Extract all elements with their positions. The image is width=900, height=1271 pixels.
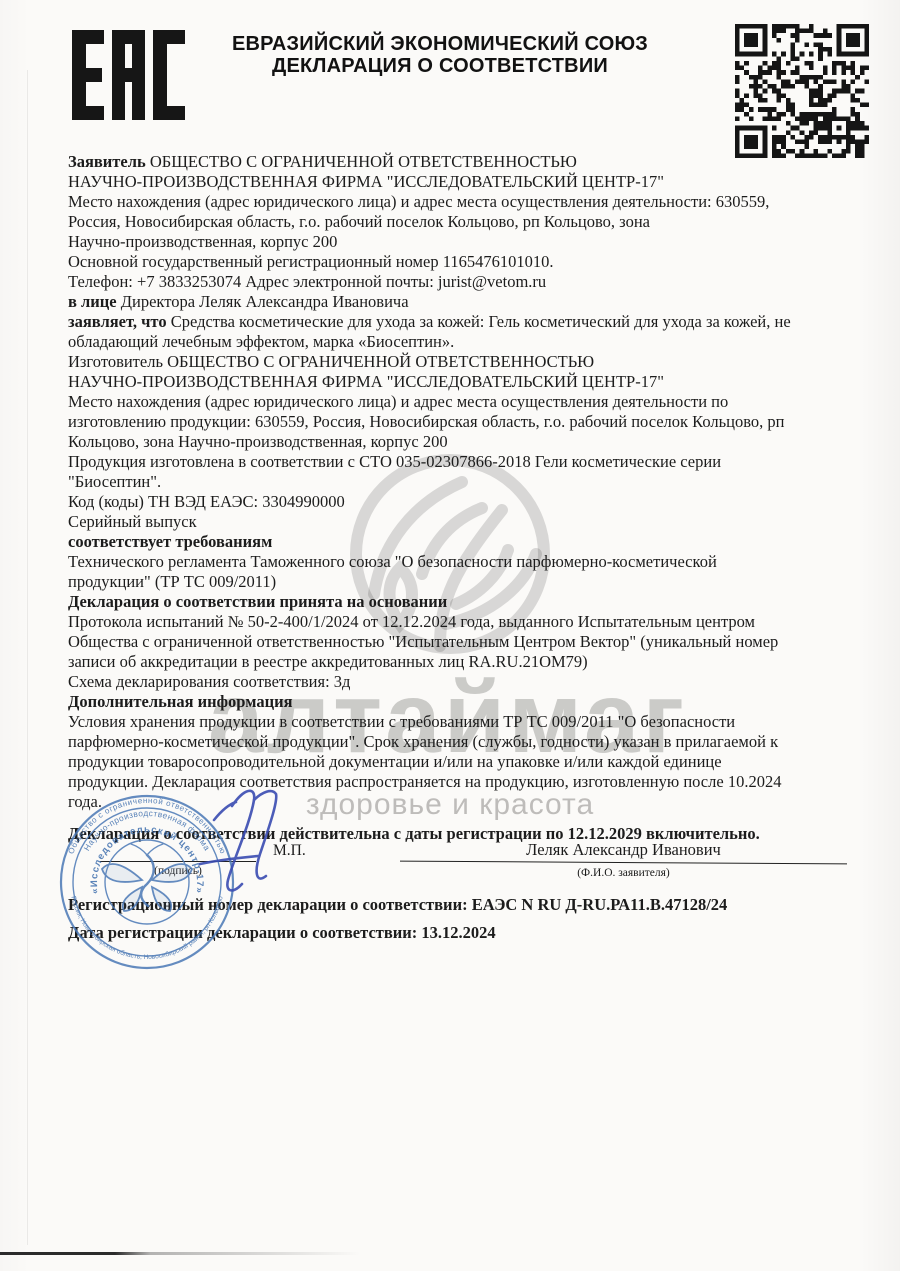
text-line: обладающий лечебным эффектом, марка «Био… <box>68 332 791 352</box>
text-line: Телефон: +7 3833253074 Адрес электронной… <box>68 272 791 292</box>
eac-logo <box>72 30 185 120</box>
text-line: Россия, Новосибирская область, г.о. рабо… <box>68 212 791 232</box>
text-line: Протокола испытаний № 50-2-400/1/2024 от… <box>68 612 791 632</box>
text-line: Код (коды) ТН ВЭД ЕАЭС: 3304990000 <box>68 492 791 512</box>
applicant-name: Леляк Александр Иванович <box>400 840 847 860</box>
text-line: Декларация о соответствии принята на осн… <box>68 592 791 612</box>
text-line: заявляет, что Средства косметические для… <box>68 312 791 332</box>
text-line: НАУЧНО-ПРОИЗВОДСТВЕННАЯ ФИРМА "ИССЛЕДОВА… <box>68 372 791 392</box>
signature-scribble <box>170 780 310 910</box>
text-line: Схема декларирования соответствия: 3д <box>68 672 791 692</box>
text-line: Основной государственный регистрационный… <box>68 252 791 272</box>
text-line: Место нахождения (адрес юридического лиц… <box>68 192 791 212</box>
text-line: Продукция изготовлена в соответствии с С… <box>68 452 791 472</box>
text-line: продукции" (ТР ТС 009/2011) <box>68 572 791 592</box>
text-line: парфюмерно-косметической продукции". Сро… <box>68 732 791 752</box>
page-title-line1: ЕВРАЗИЙСКИЙ ЭКОНОМИЧЕСКИЙ СОЮЗ <box>200 33 680 55</box>
text-line: Дополнительная информация <box>68 692 791 712</box>
document-body: Заявитель ОБЩЕСТВО С ОГРАНИЧЕННОЙ ОТВЕТС… <box>68 152 791 812</box>
text-line: в лице Директора Леляк Александра Иванов… <box>68 292 791 312</box>
text-line: Научно-производственная, корпус 200 <box>68 232 791 252</box>
page-title-line2: ДЕКЛАРАЦИЯ О СООТВЕТСТВИИ <box>200 55 680 77</box>
text-line: Место нахождения (адрес юридического лиц… <box>68 392 791 412</box>
text-line: продукции товаросопроводительной докумен… <box>68 752 791 772</box>
page-title: ЕВРАЗИЙСКИЙ ЭКОНОМИЧЕСКИЙ СОЮЗ ДЕКЛАРАЦИ… <box>200 33 680 77</box>
text-line: Заявитель ОБЩЕСТВО С ОГРАНИЧЕННОЙ ОТВЕТС… <box>68 152 791 172</box>
text-line: Условия хранения продукции в соответстви… <box>68 712 791 732</box>
applicant-caption: (Ф.И.О. заявителя) <box>400 867 847 879</box>
scan-artifact-bottom-line <box>0 1252 360 1255</box>
text-line: соответствует требованиям <box>68 532 791 552</box>
qr-code <box>735 24 869 158</box>
applicant-name-line <box>400 861 847 865</box>
text-line: НАУЧНО-ПРОИЗВОДСТВЕННАЯ ФИРМА "ИССЛЕДОВА… <box>68 172 791 192</box>
text-line: Серийный выпуск <box>68 512 791 532</box>
text-line: записи об аккредитации в реестре аккреди… <box>68 652 791 672</box>
text-line: Общества с ограниченной ответственностью… <box>68 632 791 652</box>
text-line: изготовлению продукции: 630559, Россия, … <box>68 412 791 432</box>
text-line: Технического регламента Таможенного союз… <box>68 552 791 572</box>
text-line: Кольцово, зона Научно-производственная, … <box>68 432 791 452</box>
scan-artifact-vertical-line <box>27 70 28 1245</box>
text-line: "Биосептин". <box>68 472 791 492</box>
declaration-document: ЕВРАЗИЙСКИЙ ЭКОНОМИЧЕСКИЙ СОЮЗ ДЕКЛАРАЦИ… <box>0 0 900 1271</box>
text-line: Изготовитель ОБЩЕСТВО С ОГРАНИЧЕННОЙ ОТВ… <box>68 352 791 372</box>
